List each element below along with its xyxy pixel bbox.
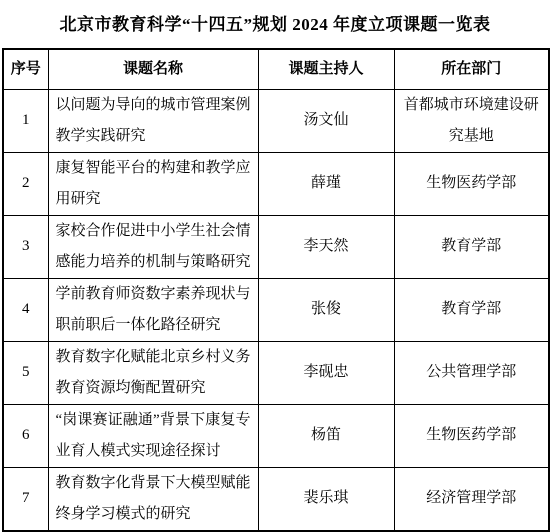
row-department: 生物医药学部 <box>394 404 549 467</box>
row-project-leader: 裴乐琪 <box>258 467 394 531</box>
row-project-leader: 薛瑾 <box>258 152 394 215</box>
page-title: 北京市教育科学“十四五”规划 2024 年度立项课题一览表 <box>0 10 550 35</box>
row-project-title: 以问题为导向的城市管理案例教学实践研究 <box>48 89 258 152</box>
row-project-title: 学前教育师资数字素养现状与职前职后一体化路径研究 <box>48 278 258 341</box>
document-page: 北京市教育科学“十四五”规划 2024 年度立项课题一览表 序号 课题名称 课题… <box>0 0 550 532</box>
table-row: 7 教育数字化背景下大模型赋能终身学习模式的研究 裴乐琪 经济管理学部 <box>3 467 549 531</box>
row-department: 教育学部 <box>394 278 549 341</box>
row-serial-number: 5 <box>3 341 48 404</box>
table-header: 序号 课题名称 课题主持人 所在部门 <box>3 49 549 89</box>
header-row: 序号 课题名称 课题主持人 所在部门 <box>3 49 549 89</box>
table-row: 3 家校合作促进中小学生社会情感能力培养的机制与策略研究 李天然 教育学部 <box>3 215 549 278</box>
row-serial-number: 2 <box>3 152 48 215</box>
row-project-title: 教育数字化赋能北京乡村义务教育资源均衡配置研究 <box>48 341 258 404</box>
row-department: 生物医药学部 <box>394 152 549 215</box>
table-row: 6 “岗课赛证融通”背景下康复专业育人模式实现途径探讨 杨笛 生物医药学部 <box>3 404 549 467</box>
table-body: 1 以问题为导向的城市管理案例教学实践研究 汤文仙 首都城市环境建设研究基地 2… <box>3 89 549 531</box>
header-project-leader: 课题主持人 <box>258 49 394 89</box>
table-row: 1 以问题为导向的城市管理案例教学实践研究 汤文仙 首都城市环境建设研究基地 <box>3 89 549 152</box>
row-serial-number: 7 <box>3 467 48 531</box>
row-project-leader: 李天然 <box>258 215 394 278</box>
row-department: 公共管理学部 <box>394 341 549 404</box>
row-project-leader: 杨笛 <box>258 404 394 467</box>
row-department: 教育学部 <box>394 215 549 278</box>
row-project-title: 康复智能平台的构建和教学应用研究 <box>48 152 258 215</box>
header-project-title: 课题名称 <box>48 49 258 89</box>
projects-table: 序号 课题名称 课题主持人 所在部门 1 以问题为导向的城市管理案例教学实践研究… <box>2 48 550 532</box>
row-project-title: 家校合作促进中小学生社会情感能力培养的机制与策略研究 <box>48 215 258 278</box>
row-project-title: 教育数字化背景下大模型赋能终身学习模式的研究 <box>48 467 258 531</box>
row-serial-number: 3 <box>3 215 48 278</box>
row-project-title: “岗课赛证融通”背景下康复专业育人模式实现途径探讨 <box>48 404 258 467</box>
row-project-leader: 李砚忠 <box>258 341 394 404</box>
row-serial-number: 4 <box>3 278 48 341</box>
header-department: 所在部门 <box>394 49 549 89</box>
table-row: 4 学前教育师资数字素养现状与职前职后一体化路径研究 张俊 教育学部 <box>3 278 549 341</box>
table-row: 5 教育数字化赋能北京乡村义务教育资源均衡配置研究 李砚忠 公共管理学部 <box>3 341 549 404</box>
table-row: 2 康复智能平台的构建和教学应用研究 薛瑾 生物医药学部 <box>3 152 549 215</box>
row-department: 首都城市环境建设研究基地 <box>394 89 549 152</box>
row-serial-number: 6 <box>3 404 48 467</box>
row-serial-number: 1 <box>3 89 48 152</box>
row-project-leader: 张俊 <box>258 278 394 341</box>
row-department: 经济管理学部 <box>394 467 549 531</box>
row-project-leader: 汤文仙 <box>258 89 394 152</box>
header-serial-number: 序号 <box>3 49 48 89</box>
